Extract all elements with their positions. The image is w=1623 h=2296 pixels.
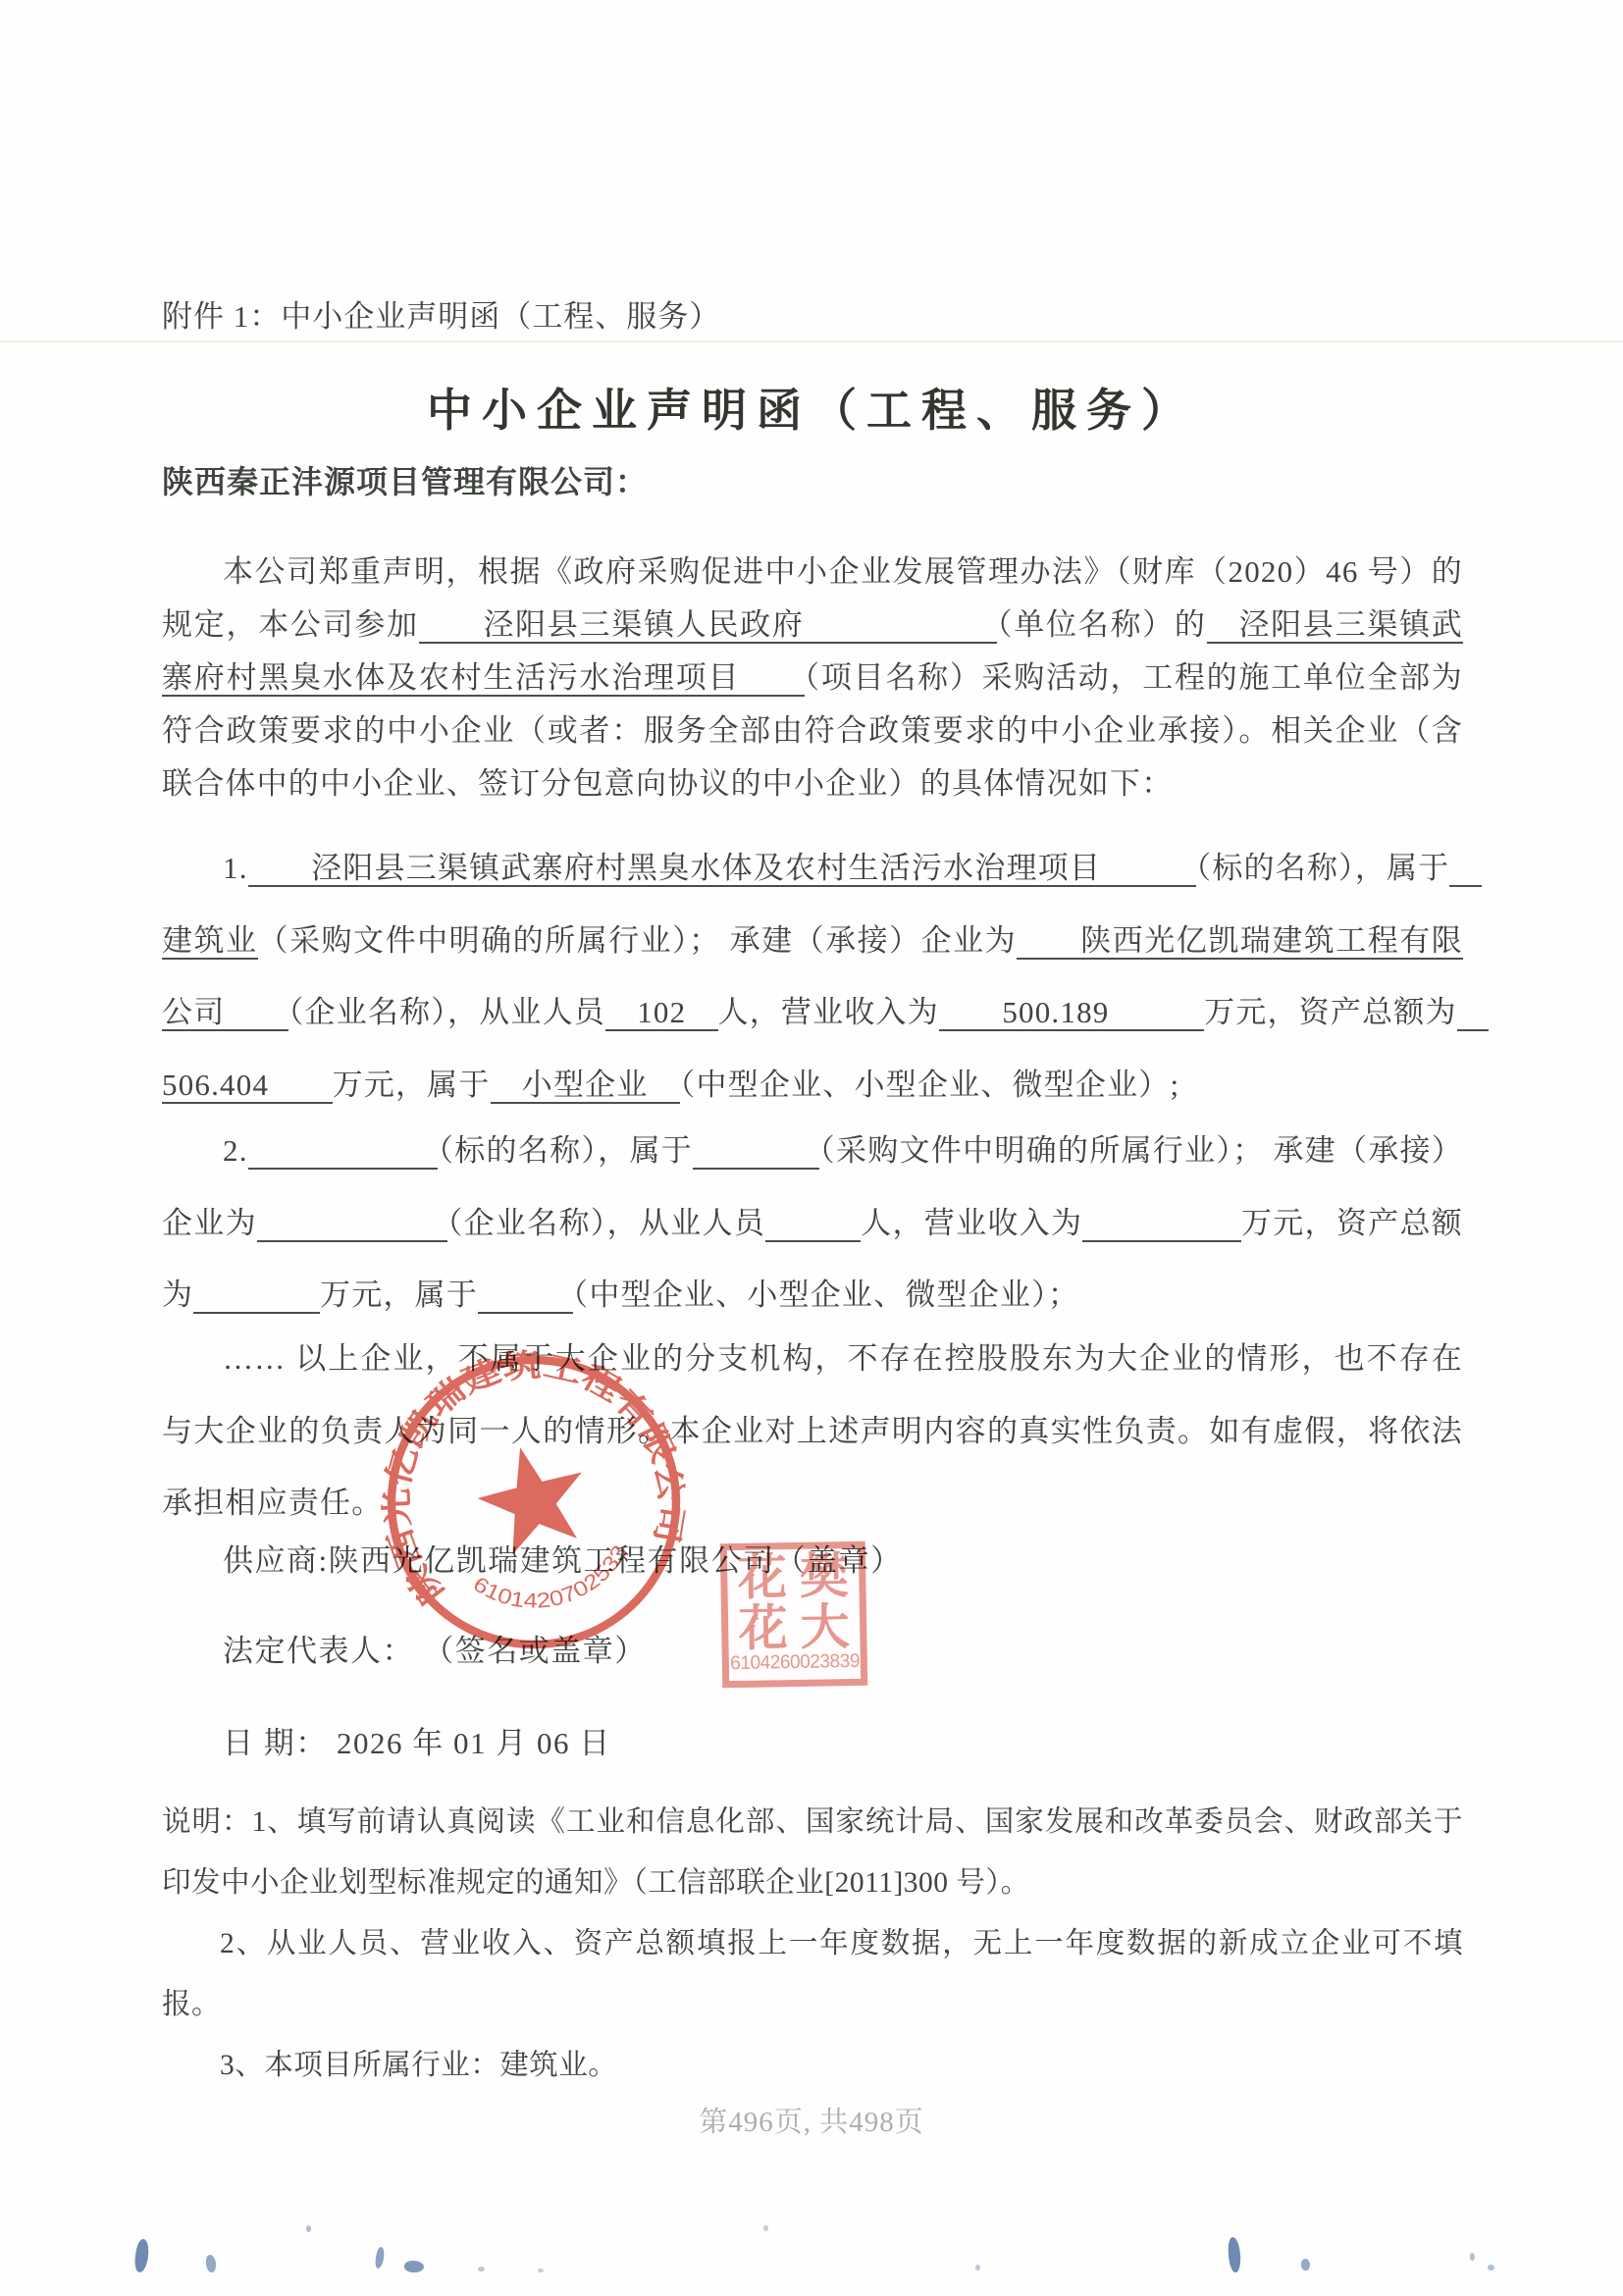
text-run: （企业名称），从业人员: [447, 1206, 765, 1240]
ink-smudge: [1301, 2259, 1310, 2270]
page-number-footer: 第496页, 共498页: [0, 2100, 1623, 2140]
filled-blank: [257, 1206, 447, 1242]
text-run: 1.: [223, 851, 248, 885]
ink-smudge: [975, 2265, 980, 2270]
ink-smudge: [478, 2267, 485, 2271]
ink-smudge: [404, 2261, 424, 2272]
attachment-label: 附件 1：中小企业声明函（工程、服务）: [162, 294, 1462, 339]
text-run: 万元，属于: [320, 1278, 478, 1312]
text-run: 2.: [223, 1133, 248, 1168]
note-3: 3、本项目所属行业：建筑业。: [162, 2035, 1463, 2096]
scan-artifact-rule: [0, 340, 1623, 342]
ink-smudge: [1470, 2253, 1475, 2261]
filled-blank: [765, 1206, 861, 1242]
filled-blank: 102: [605, 995, 718, 1031]
text-run: 人，营业收入为: [861, 1206, 1082, 1240]
filled-blank: 泾阳县三渠镇武寨府村黑臭水体及农村生活污水治理项目: [248, 851, 1196, 887]
filled-blank: 小型企业: [491, 1068, 680, 1104]
filled-blank: 泾阳县三渠镇人民政府: [419, 607, 997, 644]
text-run: （中型企业、小型企业、微型企业）;: [680, 1068, 1180, 1102]
filled-blank: [693, 1133, 819, 1170]
date-line: 日 期： 2026 年 01 月 06 日: [162, 1721, 1462, 1766]
ink-smudge: [306, 2225, 311, 2232]
text-run: （标的名称），属于: [438, 1133, 693, 1168]
text-run: 万元，属于: [333, 1068, 491, 1102]
filled-blank: 500.189: [939, 995, 1204, 1031]
ink-smudge: [374, 2246, 386, 2269]
ink-smudge: [133, 2238, 151, 2272]
ink-smudge: [1228, 2237, 1241, 2273]
document-title: 中小企业声明函（工程、服务）: [0, 375, 1623, 440]
notes-block: 说明：1、填写前请认真阅读《工业和信息化部、国家统计局、国家发展和改革委员会、财…: [162, 1792, 1463, 2096]
text-run: （单位名称）的: [997, 607, 1207, 642]
ink-smudge: [538, 2269, 544, 2272]
declaration-paragraph: 本公司郑重声明，根据《政府采购促进中小企业发展管理办法》（财库（2020）46 …: [162, 546, 1463, 810]
ink-smudge: [1488, 2265, 1494, 2270]
filled-blank: [248, 1133, 439, 1170]
filled-blank: [478, 1278, 573, 1314]
filled-blank: [193, 1278, 320, 1314]
text-run: （采购文件中明确的所属行业）； 承建（承: [819, 1133, 1399, 1168]
text-run: （中型企业、小型企业、微型企业）；: [573, 1278, 1079, 1312]
legal-representative-line: 法定代表人： （签名或盖章）: [162, 1629, 1462, 1674]
text-run: 万元，资产总额为: [1204, 995, 1457, 1029]
scanned-document-page: 附件 1：中小企业声明函（工程、服务） 中小企业声明函（工程、服务） 陕西秦正沣…: [0, 0, 1623, 2296]
item2-paragraph: 2. （标的名称），属于 （采购文件中明确的所属行业）； 承建（承接）企业为 （…: [162, 1115, 1463, 1331]
closing-paragraph: …… 以上企业，不属于大企业的分支机构，不存在控股股东为大企业的情形，也不存在与…: [162, 1323, 1463, 1539]
text-run: 人，营业收入为: [718, 995, 939, 1029]
filled-blank: [1082, 1206, 1241, 1242]
note-2: 2、从业人员、营业收入、资产总额填报上一年度数据，无上一年度数据的新成立企业可不…: [162, 1913, 1463, 2035]
supplier-line: 供应商:陕西光亿凯瑞建筑工程有限公司（盖章）: [162, 1539, 1462, 1584]
item1-paragraph: 1. 泾阳县三渠镇武寨府村黑臭水体及农村生活污水治理项目 （标的名称），属于 建…: [162, 832, 1463, 1121]
addressee-line: 陕西秦正沣源项目管理有限公司：: [162, 457, 1462, 502]
text-run: （采购文件中明确的所属行业）； 承建（承接）企业为: [258, 923, 1018, 958]
text-run: （企业名称），从业人员: [288, 995, 605, 1029]
ink-smudge: [205, 2255, 217, 2273]
text-run: （标的名称），属于: [1196, 851, 1450, 885]
note-1: 说明：1、填写前请认真阅读《工业和信息化部、国家统计局、国家发展和改革委员会、财…: [162, 1792, 1463, 1913]
ink-smudge: [763, 2225, 768, 2231]
